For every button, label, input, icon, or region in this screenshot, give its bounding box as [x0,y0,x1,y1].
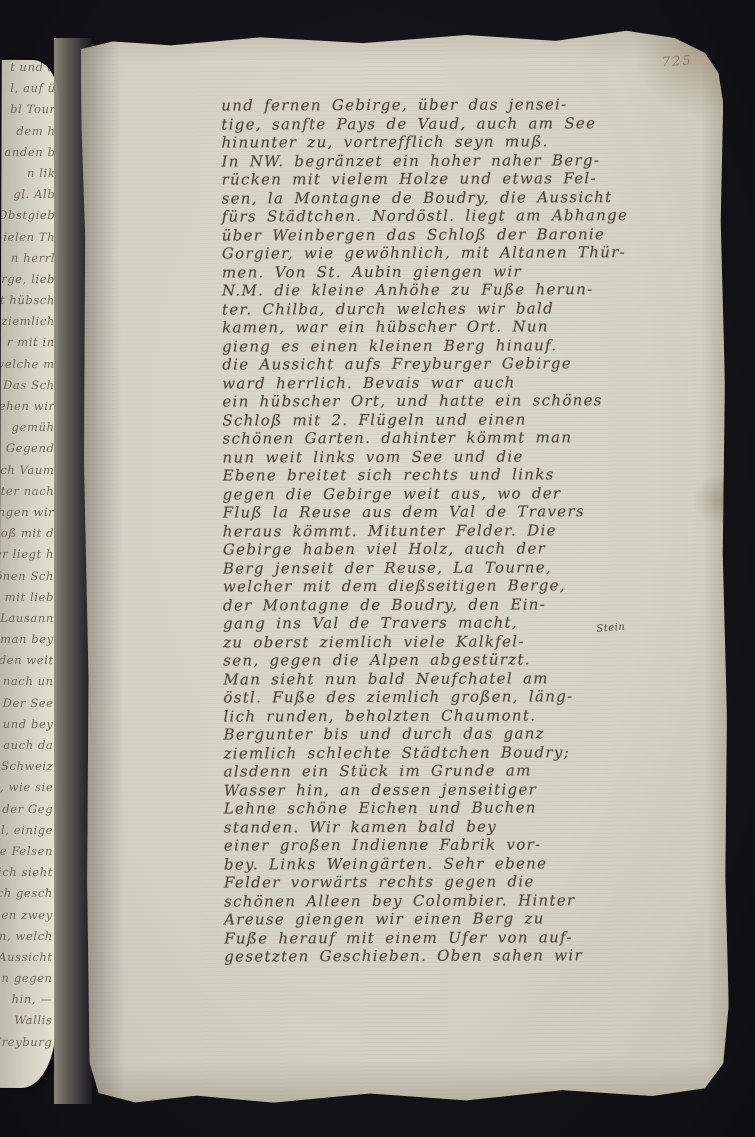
page-edge-tear [721,480,727,524]
previous-page-fragment-line: welche m [1,357,58,378]
manuscript-line: Gorgier, wie gewöhnlich, mit Altanen Thü… [222,243,684,263]
manuscript-line: hinunter zu, vortrefflich seyn muß. [221,132,683,152]
previous-page-fragment-line: r mit in [1,335,58,356]
previous-page-fragment-line: l den weit [0,653,57,674]
previous-page-fragment-line: Das Sch [1,378,58,399]
manuscript-line: fürs Städtchen. Nordöstl. liegt am Abhan… [222,206,684,226]
previous-page-fragment-line: anden b [1,145,58,166]
manuscript-line: ein hübscher Ort, und hatte ein schönes [222,391,684,411]
manuscript-line: gegen die Gebirge weit aus, wo der [223,483,685,503]
manuscript-line: Berg jenseit der Reuse, La Tourne, [223,557,685,577]
previous-page-fragment-line: Obstgieb [1,208,58,229]
manuscript-line: sen, gegen die Alpen abgestürzt. [223,650,685,670]
manuscript-line: und fernen Gebirge, über das jensei- [221,95,683,115]
manuscript-line: bey. Links Weingärten. Sehr ebene [224,853,686,873]
manuscript-line: kamen, war ein hübscher Ort. Nun [222,317,684,337]
manuscript-line: Fuße herauf mit einem Ufer von auf- [224,927,686,947]
manuscript-line: alsdenn ein Stück im Grunde am [224,761,686,781]
previous-page-fragment-line: lich gesch [0,886,56,907]
previous-page-fragment-line: gen, nach un [0,674,57,695]
interlinear-insertion: Stein [596,622,626,635]
manuscript-text-block: und fernen Gebirge, über das jensei-tige… [221,95,686,966]
previous-page-fragment-line: sehen wir [1,399,58,420]
previous-page-fragment-line: n auch da [0,738,56,759]
previous-page-fragment-line: iengen wir [0,505,57,526]
previous-page-fragment-line: n Schweiz [0,759,56,780]
previous-page-fragment-line: Wallis [0,1013,55,1034]
previous-page-fragment-line: Freyburg [0,1035,55,1056]
manuscript-line: Ebene breitet sich rechts und links [223,465,685,485]
manuscript-line: sen, la Montagne de Boudry, die Aussicht [222,187,684,207]
manuscript-line: ziemlich schlechte Städtchen Boudry; [224,742,686,762]
previous-page-fragment-line: n herrl [1,251,58,272]
previous-page-fragment-line: Gegend [0,441,57,462]
previous-page-fragment-line: gemüh [0,420,57,441]
previous-page-fragment-line: llige Aussicht [0,950,56,971]
previous-page-fragment-line: und bey [0,717,57,738]
manuscript-line: tige, sanfte Pays de Vaud, auch am See [221,113,683,133]
previous-page-fragment-line: n lik [1,166,58,187]
manuscript-line: ward herrlich. Bevais war auch [222,372,684,392]
manuscript-page: 725 und fernen Gebirge, über das jensei-… [81,28,730,1106]
previous-page-fragment-line: ßt man bey [0,632,57,653]
manuscript-line: N.M. die kleine Anhöhe zu Fuße herun- [222,280,684,300]
manuscript-line: schönen Alleen bey Colombier. Hinter [224,890,686,910]
previous-page-fragment-line: , wie sie [0,780,56,801]
scanned-book-background: t und dl, auf übl Tourdem handen bn likg… [0,0,755,1137]
previous-page-fragment-line: l, auf ü [2,81,59,102]
previous-page-fragment-line: n Lausann [0,611,57,632]
previous-page-fragment-line: n gegen [0,971,56,992]
manuscript-line: gieng es einen kleinen Berg hinauf. [222,335,684,355]
manuscript-line: über Weinbergen das Schloß der Baronie [222,224,684,244]
manuscript-line: einer großen Indienne Fabrik vor- [224,835,686,855]
previous-page-fragment-line: ist hübsch [1,293,58,314]
manuscript-line: ter. Chilba, durch welches wir bald [222,298,684,318]
previous-page-fragment-line: rge, lieb [1,272,58,293]
previous-page-fragment-line: ter nach [0,484,57,505]
manuscript-line: zu oberst ziemlich viele Kalkfel- [223,631,685,651]
previous-page-fragment-line: l der Geg [0,801,56,822]
previous-page-fragment-line: ziemlich [1,314,58,335]
manuscript-line: Gebirge haben viel Holz, auch der [223,539,685,559]
manuscript-line: In NW. begränzet ein hoher naher Berg- [221,150,683,170]
manuscript-line: die Aussicht aufs Freyburger Gebirge [222,354,684,374]
manuscript-line: Bergunter bis und durch das ganz [223,724,685,744]
previous-page-fragment-line: t und d [2,60,59,81]
manuscript-line: östl. Fuße des ziemlich großen, läng- [223,687,685,707]
manuscript-line: Man sieht nun bald Neufchatel am [223,668,685,688]
previous-page-fragment-line: l, einige [0,823,56,844]
manuscript-line: heraus kömmt. Mitunter Felder. Die [223,520,685,540]
previous-page-fragment-line: schönen Sch [0,568,57,589]
previous-page-fragment-line: nen zwey [0,907,56,928]
manuscript-line: nun weit links vom See und die [222,446,684,466]
manuscript-line: gesetzten Geschieben. Oben sahen wir [224,946,686,966]
manuscript-line: rücken mit vielem Holze und etwas Fel- [222,169,684,189]
previous-page-fragment-line: gl. Alb [1,187,58,208]
previous-page-fragment-line: die Felsen [0,844,56,865]
previous-page-fragment-line: gleich sieht [0,865,56,886]
manuscript-line: Fluß la Reuse aus dem Val de Travers [223,502,685,522]
manuscript-line: schönen Garten. dahinter kömmt man [222,428,684,448]
previous-page-fragment-line: hin, — [0,992,56,1013]
previous-page-fragment-line: Schloß mit d [0,526,57,547]
manuscript-line: Areuse giengen wir einen Berg zu [224,909,686,929]
manuscript-line: Lehne schöne Eichen und Buchen [224,798,686,818]
manuscript-line: Schloß mit 2. Flügeln und einen [222,409,684,429]
manuscript-line: welcher mit dem dießseitigen Berge, [223,576,685,596]
previous-page-fragment-line: ach Vaum [0,462,57,483]
previous-page-fragment-line: Der See [0,696,57,717]
page-number: 725 [662,53,694,70]
manuscript-line: Wasser hin, an dessen jenseitiger [224,779,686,799]
manuscript-line: men. Von St. Aubin giengen wir [222,261,684,281]
previous-page-fragment-line: Aubin, welch [0,929,56,950]
previous-page-fragment-line: dem h [1,123,58,144]
previous-page-fragment-line: bl Tour [2,102,59,123]
manuscript-line: Felder vorwärts rechts gegen die [224,872,686,892]
manuscript-line: standen. Wir kamen bald bey [224,816,686,836]
previous-page-fragment-line: ielen Th [1,229,58,250]
previous-page-fragment-line: er liegt h [0,547,57,568]
manuscript-line: lich runden, beholzten Chaumont. [223,705,685,725]
previous-page-edge: t und dl, auf übl Tourdem handen bn likg… [0,60,59,1088]
previous-page-fragment-line: ale mit lieb [0,590,57,611]
manuscript-line: der Montagne de Boudry, den Ein- [223,594,685,614]
